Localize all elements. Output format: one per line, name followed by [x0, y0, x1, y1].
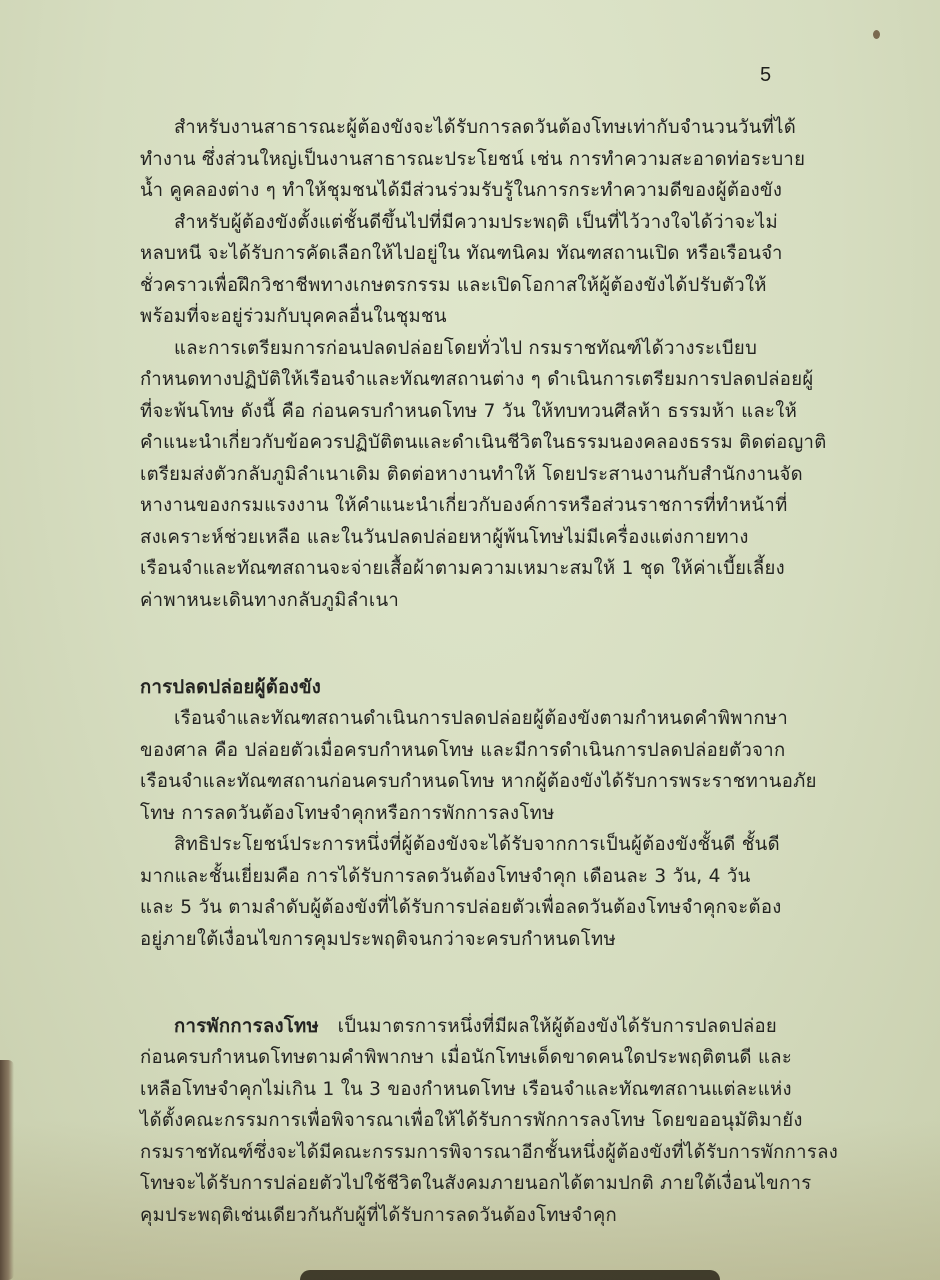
text-line: ที่จะพ้นโทษ ดังนี้ คือ ก่อนครบกำหนดโทษ 7…	[140, 396, 780, 428]
text-line: กำหนดทางปฏิบัติให้เรือนจำและทัณฑสถานต่าง…	[140, 364, 780, 396]
text-line: สงเคราะห์ช่วยเหลือ และในวันปลดปล่อยหาผู้…	[140, 522, 780, 554]
spacer	[140, 987, 780, 1011]
text-line: เหลือโทษจำคุกไม่เกิน 1 ใน 3 ของกำหนดโทษ …	[140, 1074, 780, 1106]
text-line: อยู่ภายใต้เงื่อนไขการคุมประพฤติจนกว่าจะค…	[140, 924, 780, 956]
paragraph-release: เรือนจำและทัณฑสถานดำเนินการปลดปล่อยผู้ต้…	[140, 703, 780, 829]
paragraph-privilege: สิทธิประโยชน์ประการหนึ่งที่ผู้ต้องขังจะไ…	[140, 829, 780, 955]
page-number: 5	[760, 64, 771, 87]
text-line: สำหรับงานสาธารณะผู้ต้องขังจะได้รับการลดว…	[140, 112, 780, 144]
spacer	[140, 616, 780, 648]
text-line: ก่อนครบกำหนดโทษตามคำพิพากษา เมื่อนักโทษเ…	[140, 1042, 780, 1074]
text-line: เรือนจำและทัณฑสถานจะจ่ายเสื้อผ้าตามความเ…	[140, 553, 780, 585]
text-line: ของศาล คือ ปล่อยตัวเมื่อครบกำหนดโทษ และม…	[140, 735, 780, 767]
text-line: ค่าพาหนะเดินทางกลับภูมิลำเนา	[140, 585, 780, 617]
text-line: คำแนะนำเกี่ยวกับข้อควรปฏิบัติตนและดำเนิน…	[140, 427, 780, 459]
parole-term: การพักการลงโทษ	[174, 1016, 319, 1037]
text-line: หางานของกรมแรงงาน ให้คำแนะนำเกี่ยวกับองค…	[140, 490, 780, 522]
text-line: น้ำ คูคลองต่าง ๆ ทำให้ชุมชนได้มีส่วนร่วม…	[140, 175, 780, 207]
text-line: มากและชั้นเยี่ยมคือ การได้รับการลดวันต้อ…	[140, 861, 780, 893]
text-line: หลบหนี จะได้รับการคัดเลือกให้ไปอยู่ใน ทั…	[140, 238, 780, 270]
spacer	[140, 955, 780, 987]
section-heading-release: การปลดปล่อยผู้ต้องขัง	[140, 672, 780, 704]
text-line: สิทธิประโยชน์ประการหนึ่งที่ผู้ต้องขังจะไ…	[140, 829, 780, 861]
text-line: ทำงาน ซึ่งส่วนใหญ่เป็นงานสาธารณะประโยชน์…	[140, 144, 780, 176]
text-line: เตรียมส่งตัวกลับภูมิลำเนาเดิม ติดต่อหางา…	[140, 459, 780, 491]
paragraph-public-works: สำหรับงานสาธารณะผู้ต้องขังจะได้รับการลดว…	[140, 112, 780, 207]
text-line: สำหรับผู้ต้องขังตั้งแต่ชั้นดีขึ้นไปที่มี…	[140, 207, 780, 239]
spacer	[140, 648, 780, 672]
text-line: เรือนจำและทัณฑสถานดำเนินการปลดปล่อยผู้ต้…	[140, 703, 780, 735]
paragraph-good-conduct: สำหรับผู้ต้องขังตั้งแต่ชั้นดีขึ้นไปที่มี…	[140, 207, 780, 333]
text-line: ชั่วคราวเพื่อฝึกวิชาชีพทางเกษตรกรรม และเ…	[140, 270, 780, 302]
text-line: คุมประพฤติเช่นเดียวกันกับผู้ที่ได้รับการ…	[140, 1200, 780, 1232]
scan-shadow	[300, 1270, 720, 1280]
paragraph-parole: การพักการลงโทษ เป็นมาตรการหนึ่งที่มีผลให…	[140, 1011, 780, 1232]
text-line: และ 5 วัน ตามลำดับผู้ต้องขังที่ได้รับการ…	[140, 892, 780, 924]
text-line: การพักการลงโทษ เป็นมาตรการหนึ่งที่มีผลให…	[140, 1011, 780, 1043]
text-line: ได้ตั้งคณะกรรมการเพื่อพิจารณาเพื่อให้ได้…	[140, 1105, 780, 1137]
torn-page-edge	[0, 1060, 14, 1280]
paper-stain	[873, 30, 880, 39]
parole-first-line: เป็นมาตรการหนึ่งที่มีผลให้ผู้ต้องขังได้ร…	[319, 1016, 777, 1037]
document-body: สำหรับงานสาธารณะผู้ต้องขังจะได้รับการลดว…	[140, 112, 780, 1231]
text-line: โทษ การลดวันต้องโทษจำคุกหรือการพักการลงโ…	[140, 798, 780, 830]
text-line: เรือนจำและทัณฑสถานก่อนครบกำหนดโทษ หากผู้…	[140, 766, 780, 798]
text-line: กรมราชทัณฑ์ซึ่งจะได้มีคณะกรรมการพิจารณาอ…	[140, 1137, 780, 1169]
text-line: และการเตรียมการก่อนปลดปล่อยโดยทั่วไป กรม…	[140, 333, 780, 365]
paragraph-pre-release: และการเตรียมการก่อนปลดปล่อยโดยทั่วไป กรม…	[140, 333, 780, 617]
text-line: พร้อมที่จะอยู่ร่วมกับบุคคลอื่นในชุมชน	[140, 301, 780, 333]
text-line: โทษจะได้รับการปล่อยตัวไปใช้ชีวิตในสังคมภ…	[140, 1168, 780, 1200]
